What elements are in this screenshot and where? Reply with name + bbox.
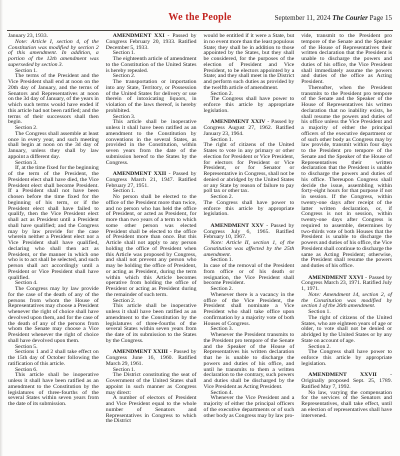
article-paragraph: The Congress may by law provide for the …	[8, 287, 99, 345]
article-paragraph: Sections 1 and 2 shall take effect on th…	[8, 350, 99, 367]
article-paragraph: The Congress shall have power to enforce…	[301, 350, 392, 367]
article-paragraph: Whenever the President transmits to the …	[204, 333, 295, 391]
article-paragraph: This article shall be inoperative unless…	[106, 304, 197, 344]
header-rule	[7, 30, 393, 31]
page-header: We the People September 11, 2024 The Cou…	[0, 0, 400, 30]
newspaper-page: We the People September 11, 2024 The Cou…	[0, 0, 400, 456]
amendment-title: AMENDMENT XXI	[113, 33, 165, 39]
article-paragraph: In case of the removal of the President …	[204, 264, 295, 287]
article-paragraph: The right of citizens of the United Stat…	[204, 143, 295, 195]
paper-name: The Courier	[332, 14, 368, 22]
article-paragraph: The eighteenth article of amendment to t…	[106, 57, 197, 74]
amendment-heading: AMENDMENT XXIII - Passed by Congress Jun…	[106, 350, 197, 367]
note-paragraph: Note: Amendment 14, section 2, of the Co…	[301, 293, 392, 310]
article-paragraph: This article shall be inoperative unless…	[8, 373, 99, 408]
article-paragraph: Whenever the Vice President and a majori…	[204, 396, 295, 419]
amendment-title: AMENDMENT XXVI	[308, 275, 363, 281]
amendment-title: AMENDMENT XXIII	[113, 349, 168, 355]
article-paragraph: The Congress shall have power to enforce…	[204, 97, 295, 114]
article-paragraph: The terms of the President and the Vice …	[8, 74, 99, 126]
amendment-heading: AMENDMENT XXVII - Originally proposed Se…	[301, 373, 392, 390]
article-paragraph: The right of citizens of the United Stat…	[301, 316, 392, 345]
article-paragraph: Whenever there is a vacancy in the offic…	[204, 293, 295, 328]
article-paragraph: would be entitled if it were a State, bu…	[204, 34, 295, 92]
amendment-title: AMENDMENT XXII	[113, 171, 166, 177]
article-column-3: would be entitled if it were a State, bu…	[204, 34, 295, 425]
amendment-heading: AMENDMENT XXIV - Passed by Congress Augu…	[204, 120, 295, 137]
note-paragraph: Note: Article I, section 4, of the Const…	[8, 40, 99, 69]
amendment-title: AMENDMENT XXV	[211, 223, 264, 229]
article-paragraph: Thereafter, when the President transmits…	[301, 86, 392, 270]
article-paragraph: A number of electors of President and Vi…	[106, 396, 197, 425]
amendment-title: AMENDMENT XXIV	[211, 119, 266, 125]
article-paragraph: The Congress shall have power to enforce…	[204, 201, 295, 218]
article-paragraph: vide, transmit to the President pro temp…	[301, 34, 392, 86]
article-column-1: January 23, 1933.Note: Article I, sectio…	[8, 34, 99, 425]
header-meta: September 11, 2024 The Courier Page 15	[275, 14, 392, 22]
amendment-heading: AMENDMENT XXI - Passed by Congress Febru…	[106, 34, 197, 51]
issue-date: September 11, 2024	[275, 14, 331, 22]
note-paragraph: Note: Article II, section 1, of the Cons…	[204, 241, 295, 258]
amendment-title: AMENDMENT XXVII	[308, 372, 377, 378]
article-paragraph: No law, varying the compensation for the…	[301, 391, 392, 420]
article-paragraph: The Congress shall assemble at least onc…	[8, 132, 99, 161]
amendment-heading: AMENDMENT XXV - Passed by Congress July …	[204, 224, 295, 241]
article-paragraph: This article shall be inoperative unless…	[106, 120, 197, 166]
page-number: Page 15	[370, 14, 392, 22]
article-column-2: AMENDMENT XXI - Passed by Congress Febru…	[106, 34, 197, 425]
amendment-heading: AMENDMENT XXVI - Passed by Congress Marc…	[301, 276, 392, 293]
article-paragraph: The District constituting the seat of Go…	[106, 373, 197, 396]
article-paragraph: The transportation or importation into a…	[106, 80, 197, 115]
amendment-heading: AMENDMENT XXII - Passed by Congress Marc…	[106, 172, 197, 189]
article-column-4: vide, transmit to the President pro temp…	[301, 34, 392, 425]
article-paragraph: No person shall be elected to the office…	[106, 195, 197, 299]
article-columns: January 23, 1933.Note: Article I, sectio…	[0, 33, 400, 425]
article-paragraph: If, at the time fixed for the beginning …	[8, 166, 99, 281]
